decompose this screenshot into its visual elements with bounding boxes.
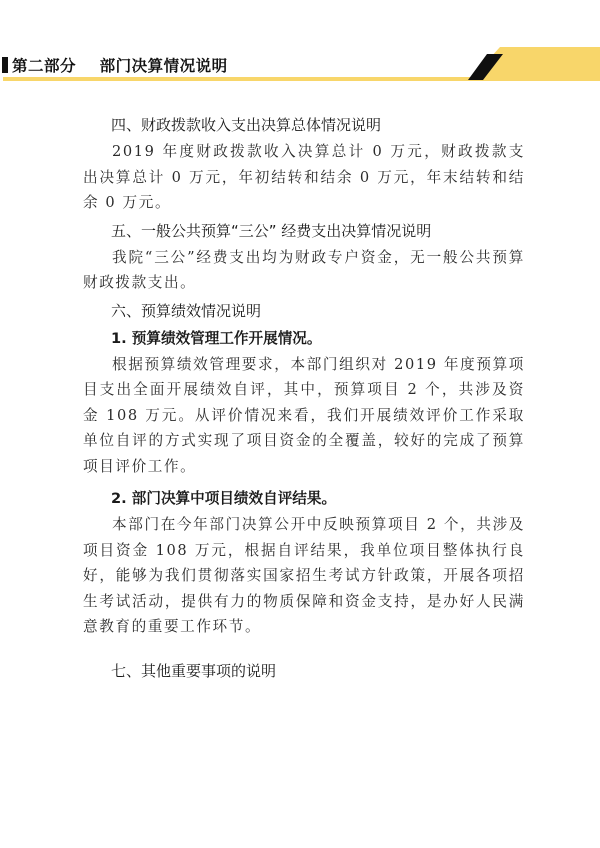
section-heading-6: 六、预算绩效情况说明 [83,298,525,325]
document-body: 四、财政拨款收入支出决算总体情况说明 2019 年度财政拨款收入决算总计 0 万… [83,112,525,685]
header-part-label: 第二部分 [12,57,76,75]
paragraph-performance-management: 根据预算绩效管理要求，本部门组织对 2019 年度预算项目支出全面开展绩效自评，… [83,352,525,480]
section-heading-5: 五、一般公共预算“三公” 经费支出决算情况说明 [83,218,525,245]
header-title: 第二部分 部门决算情况说明 [12,54,228,76]
paragraph-fiscal-summary: 2019 年度财政拨款收入决算总计 0 万元，财政拨款支出决算总计 0 万元，年… [83,139,525,216]
paragraph-self-evaluation-results: 本部门在今年部门决算公开中反映预算项目 2 个，共涉及项目资金 108 万元，根… [83,512,525,640]
section-header: 第二部分 部门决算情况说明 [0,47,600,83]
paragraph-three-public-expenses: 我院“三公”经费支出均为财政专户资金，无一般公共预算财政拨款支出。 [83,245,525,296]
header-marker-bar [2,57,8,73]
section-heading-7: 七、其他重要事项的说明 [83,658,525,685]
subsection-heading-6-1: 1. 预算绩效管理工作开展情况。 [83,325,525,352]
subsection-heading-6-2: 2. 部门决算中项目绩效自评结果。 [83,485,525,512]
header-title-text: 部门决算情况说明 [100,57,228,75]
section-heading-4: 四、财政拨款收入支出决算总体情况说明 [83,112,525,139]
header-decoration-icon [440,47,600,81]
